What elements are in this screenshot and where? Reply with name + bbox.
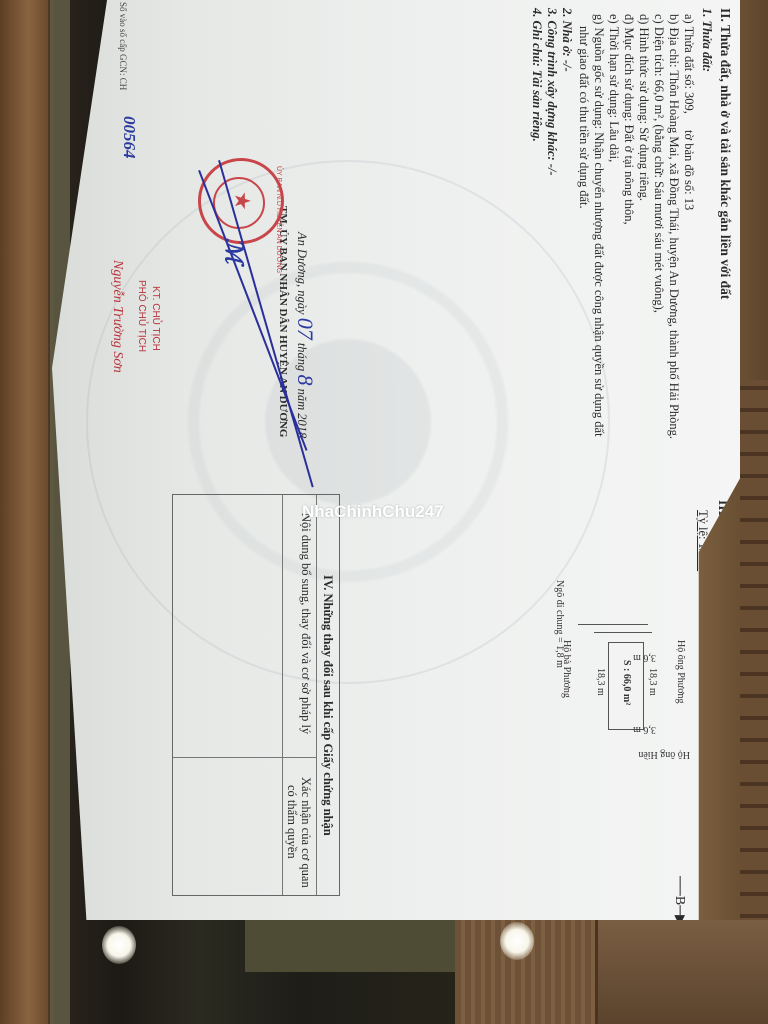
- col-confirm-header-1: Xác nhận của cơ quan: [299, 777, 313, 888]
- role-2: PHÓ CHỦ TỊCH: [134, 280, 148, 352]
- road-edge-1: [594, 632, 652, 633]
- map-sheet: tờ bản đồ số: 13: [682, 130, 696, 210]
- col-confirm-header-2: có thẩm quyền: [285, 785, 299, 859]
- road-edge-2: [578, 624, 648, 625]
- house-line: 2. Nhà ở: -/-: [560, 8, 574, 72]
- carved-panel: [595, 920, 768, 1024]
- top-length: 18,3 m: [647, 668, 658, 696]
- land-line-dd: đ) Mục đích sử dụng: Đất ở tại nông thôn…: [622, 14, 636, 225]
- north-arrow-icon: ──B─▶: [671, 876, 688, 926]
- note-line: 4. Ghi chú: Tài sản riêng.: [530, 8, 544, 142]
- date-day: 07: [293, 318, 318, 340]
- table-header-divider: [282, 495, 283, 895]
- north-neighbor: Hộ ông Phương: [675, 640, 686, 704]
- land-line-e: e) Thời hạn sử dụng: Lâu dài,: [607, 14, 621, 162]
- other-works-line: 3. Công trình xây dựng khác: -/-: [545, 8, 559, 176]
- section-ii-title: II. Thửa đất, nhà ở và tài sản khác gắn …: [718, 8, 732, 299]
- watermark-emblem: [86, 160, 610, 684]
- table-divider: [316, 495, 317, 895]
- scale-label: Tỷ lệ: 1/300: [696, 510, 710, 571]
- land-line-a: a) Thửa đất số: 309,: [682, 14, 696, 114]
- stamp-text: ỦY BAN N.D HUYỆN AN DƯƠNG: [275, 166, 282, 273]
- signer-name: Nguyễn Trường Sơn: [110, 260, 124, 373]
- land-line-g-cont: như giao đất có thu tiền sử dụng đất.: [577, 26, 591, 209]
- role-1: KT. CHỦ TỊCH: [148, 286, 162, 351]
- land-line-d: d) Hình thức sử dụng: Sử dụng riêng.: [637, 14, 651, 201]
- section-iv-title: IV. Những thay đổi sau khi cấp Giấy chứn…: [321, 575, 335, 836]
- table-col-divider: [173, 757, 317, 758]
- olive-panel: [245, 920, 455, 972]
- area-label: S : 66,0 m²: [621, 660, 632, 705]
- col-changes-header: Nội dung bổ sung, thay đổi và cơ sở pháp…: [299, 513, 313, 734]
- date-month: 8: [293, 374, 318, 385]
- registry-number: 00564: [122, 116, 136, 159]
- site-watermark: NhaChinhChu247: [302, 502, 444, 522]
- certificate-content: II. Thửa đất, nhà ở và tài sản khác gắn …: [52, 0, 740, 920]
- date-line: An Dương, ngày 07 tháng 8 năm 2018: [295, 232, 312, 438]
- land-line-g: g) Nguồn gốc sử dụng: Nhận chuyển nhượng…: [592, 14, 606, 437]
- signature-scribble: ℳ: [226, 238, 240, 264]
- east-neighbor: Hộ ông Hiền: [638, 749, 690, 760]
- left-width: 3,6 m: [633, 652, 656, 663]
- bottom-length: 18,3 m: [595, 668, 606, 696]
- land-line-c: c) Diện tích: 66,0 m², (bằng chữ: Sáu mư…: [652, 14, 666, 313]
- changes-table: IV. Những thay đổi sau khi cấp Giấy chứn…: [172, 494, 340, 896]
- land-heading: 1. Thửa đất:: [700, 8, 714, 72]
- registry-label: Số vào sổ cấp GCN: CH: [116, 2, 130, 90]
- light-reflection-right: [500, 922, 534, 960]
- certificate-page: II. Thửa đất, nhà ở và tài sản khác gắn …: [52, 0, 740, 920]
- section-iii-title: III. Sơ đồ thửa đất, nhà ở và tài sản kh…: [716, 500, 730, 828]
- wood-edge-left: [0, 0, 48, 1024]
- star-icon: ★: [231, 191, 253, 211]
- road-label: Ngõ đi chung = 1,8 m: [554, 580, 565, 668]
- right-width: 3,6 m: [633, 724, 656, 735]
- land-line-b: b) Địa chỉ: Thôn Hoàng Mai, xã Đồng Thái…: [667, 14, 681, 439]
- light-reflection-left: [102, 926, 136, 964]
